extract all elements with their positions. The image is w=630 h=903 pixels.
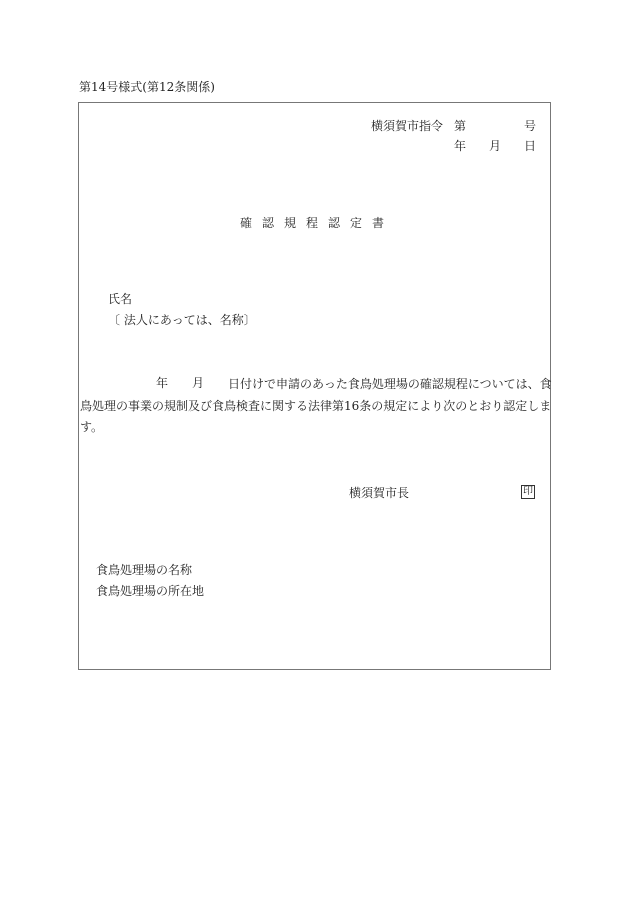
seal-icon: 印: [521, 485, 535, 499]
issue-date-month: 月: [489, 140, 501, 152]
document-title: 確認規程認定書: [240, 217, 394, 229]
order-number-suffix: 号: [524, 120, 536, 132]
certification-statement: 日付けで申請のあった食鳥処理場の確認規程については、食 鳥処理の事業の規制及び食…: [80, 374, 548, 439]
corporation-name-note: 〔 法人にあっては、名称〕: [108, 314, 256, 326]
recipient-name-label: 氏名: [108, 293, 132, 305]
mayor-label: 横須賀市長: [349, 487, 409, 499]
form-number: 第14号様式(第12条関係): [79, 81, 215, 93]
order-number-prefix: 第: [454, 120, 466, 132]
issue-date-year: 年: [454, 140, 466, 152]
facility-address-label: 食鳥処理場の所在地: [96, 585, 204, 597]
statement-line-3: す。: [80, 417, 548, 439]
facility-name-label: 食鳥処理場の名称: [96, 564, 192, 576]
statement-line-2: 鳥処理の事業の規制及び食鳥検査に関する法律第16条の規定により次のとおり認定しま: [80, 396, 548, 418]
statement-line-1: 日付けで申請のあった食鳥処理場の確認規程については、食: [80, 374, 548, 396]
order-label: 横須賀市指令: [371, 120, 443, 132]
issue-date-day: 日: [524, 140, 536, 152]
